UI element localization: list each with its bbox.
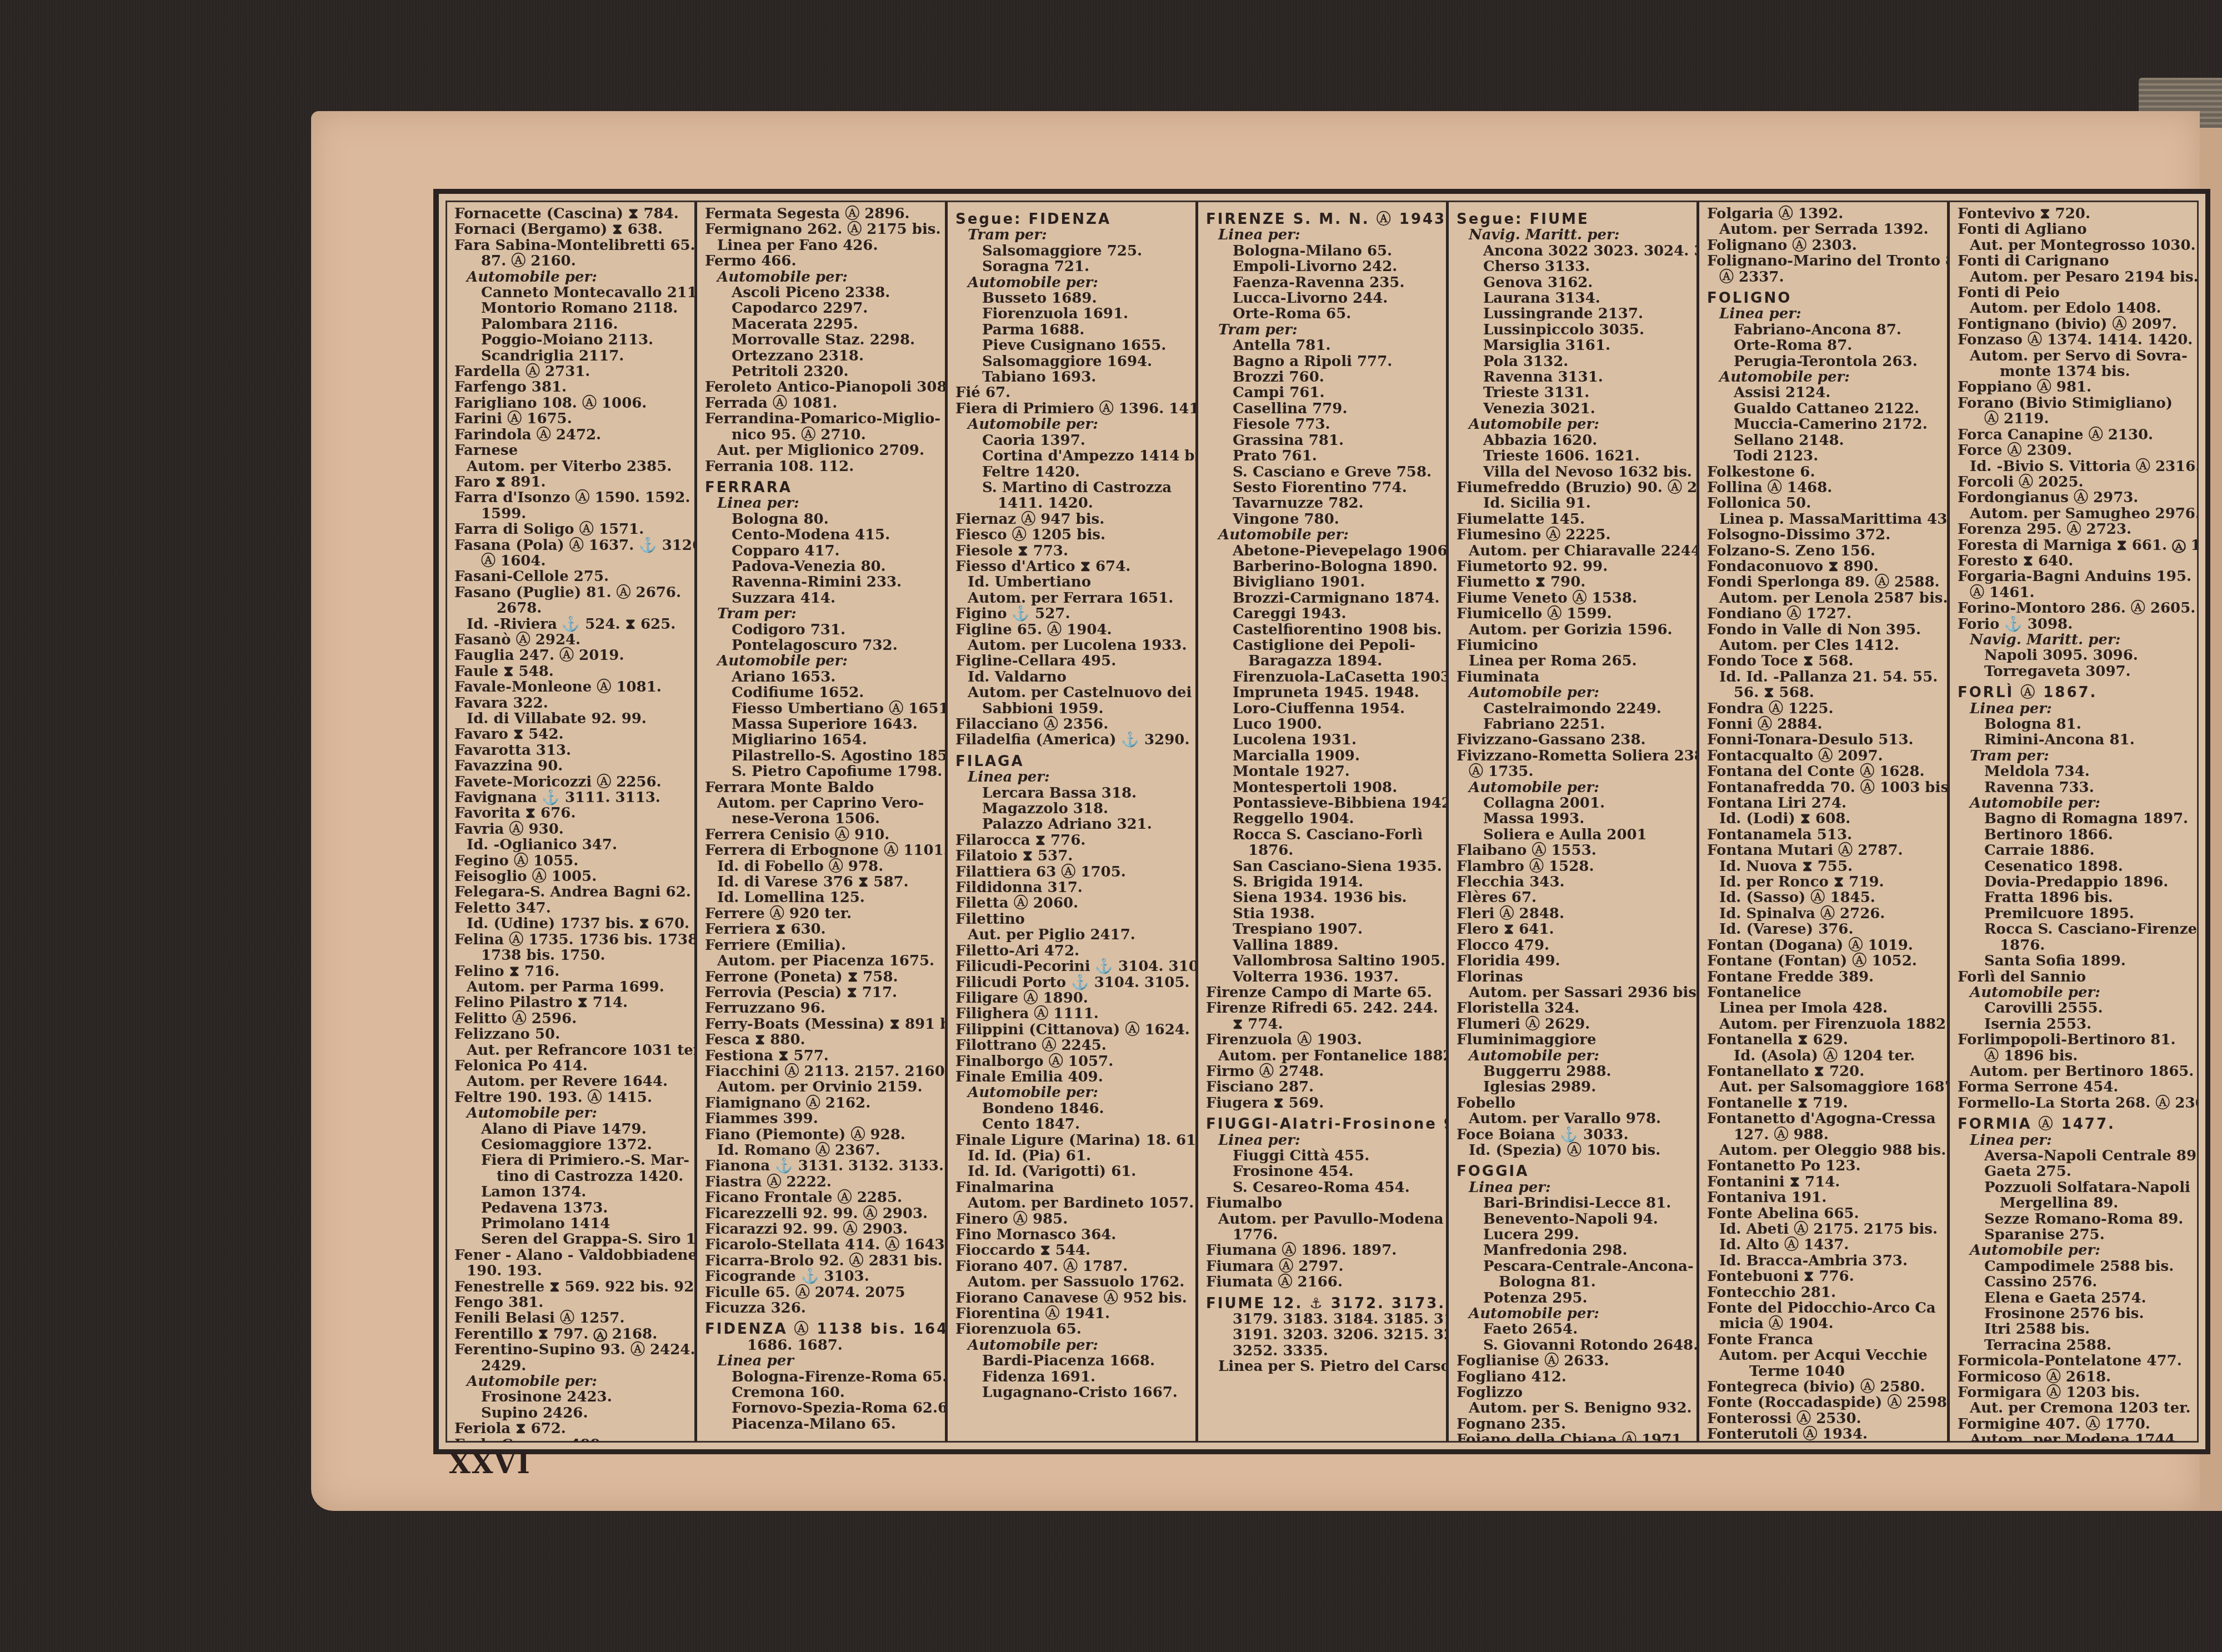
index-entry: Filacciano Ⓐ 2356. xyxy=(955,717,1189,732)
index-entry: Aut. per Montegrosso 1030. xyxy=(1958,238,2191,253)
index-entry: Collagna 2001. xyxy=(1457,795,1690,811)
index-entry: Formello-La Storta 268. Ⓐ 2364 xyxy=(1958,1095,2191,1111)
index-entry: Fonti di Agliano xyxy=(1958,222,2191,237)
index-entry: Petritoli 2320. xyxy=(705,364,938,379)
index-entry: Linea per Roma 265. xyxy=(1457,653,1690,669)
index-entry: Fontebuoni ⧗ 776. xyxy=(1707,1269,1940,1284)
index-entry: Stia 1938. xyxy=(1206,906,1439,922)
index-entry: Automobile per: xyxy=(1206,527,1439,543)
index-entry: Foglianise Ⓐ 2633. xyxy=(1457,1353,1690,1369)
index-entry: Pontelagoscuro 732. xyxy=(705,638,938,653)
index-entry: Campodimele 2588 bis. xyxy=(1958,1259,2191,1274)
index-entry: Autom. per Varallo 978. xyxy=(1457,1111,1690,1127)
index-entry: Id. -Bivio S. Vittoria Ⓐ 2316. xyxy=(1958,459,2191,474)
index-entry: San Casciano-Siena 1935. xyxy=(1206,859,1439,874)
index-entry: Seren del Grappa-S. Siro 1419. xyxy=(454,1232,688,1247)
index-entry: Id. Valdarno xyxy=(955,669,1189,685)
index-entry: Bertinoro 1866. xyxy=(1958,827,2191,843)
index-entry: Favorita ⧗ 676. xyxy=(454,805,688,821)
index-entry: Automobile per: xyxy=(1958,985,2191,1000)
index-entry: Automobile per: xyxy=(705,653,938,669)
section-heading: FOGGIA xyxy=(1457,1164,1690,1179)
index-entry: Fontanelle ⧗ 719. xyxy=(1707,1095,1940,1111)
index-entry: Id. di Villabate 92. 99. xyxy=(454,711,688,727)
index-entry: Orte-Roma 87. xyxy=(1707,338,1940,353)
index-entry: Finero Ⓐ 985. xyxy=(955,1212,1189,1227)
index-entry: Piacenza-Milano 65. xyxy=(705,1416,938,1432)
index-entry: Fondiano Ⓐ 1727. xyxy=(1707,606,1940,622)
index-entry: Fontane (Fontan) Ⓐ 1052. xyxy=(1707,953,1940,969)
index-entry: Castelraimondo 2249. xyxy=(1457,701,1690,717)
index-entry: Filarocca ⧗ 776. xyxy=(955,833,1189,848)
index-entry: Fonte Abelina 665. xyxy=(1707,1206,1940,1222)
index-entry: Ferriera ⧗ 630. xyxy=(705,922,938,937)
index-entry: Autom. per Castelnuovo dei xyxy=(955,685,1189,700)
index-entry: Fesca ⧗ 880. xyxy=(705,1032,938,1048)
index-entry: Muccia-Camerino 2172. xyxy=(1707,417,1940,432)
index-entry: Tram per: xyxy=(1206,322,1439,338)
index-entry: Massa Superiore 1643. xyxy=(705,717,938,732)
index-entry: Autom. per Gorizia 1596. xyxy=(1457,622,1690,638)
index-entry: Fiuggi Città 455. xyxy=(1206,1148,1439,1164)
index-entry: Tavarnuzze 782. xyxy=(1206,495,1439,511)
index-entry: Flumeri Ⓐ 2629. xyxy=(1457,1017,1690,1032)
index-entry: Fianona ⚓ 3131. 3132. 3133. xyxy=(705,1158,938,1174)
index-entry: Fiumalbo xyxy=(1206,1195,1439,1211)
index-entry: Itri 2588 bis. xyxy=(1958,1321,2191,1337)
index-entry: Faro ⧗ 891. xyxy=(454,474,688,490)
index-entry: Fontanini ⧗ 714. xyxy=(1707,1174,1940,1190)
index-entry: Finale Ligure (Marina) 18. 61. xyxy=(955,1133,1189,1148)
index-entry: Felino Pilastro ⧗ 714. xyxy=(454,995,688,1010)
index-entry: Abetone-Pievepelago 1906. xyxy=(1206,543,1439,559)
index-entry: Foresto ⧗ 640. xyxy=(1958,553,2191,569)
index-entry: Id. Spinalva Ⓐ 2726. xyxy=(1707,906,1940,922)
index-entry: Fornacette (Cascina) ⧗ 784. xyxy=(454,206,688,222)
index-entry: Id. Alto Ⓐ 1437. xyxy=(1707,1237,1940,1253)
index-entry: Fontana del Conte Ⓐ 1628. xyxy=(1707,764,1940,779)
index-entry: Fluminimaggiore xyxy=(1457,1032,1690,1048)
index-entry: Rimini-Ancona 81. xyxy=(1958,732,2191,748)
index-entry: Feisoglio Ⓐ 1005. xyxy=(454,869,688,884)
index-entry: Id. Sicilia 91. xyxy=(1457,495,1690,511)
index-entry: Fino Mornasco 364. xyxy=(955,1227,1189,1243)
index-entry: Forca Canapine Ⓐ 2130. xyxy=(1958,427,2191,443)
index-entry: Formigara Ⓐ 1203 bis. xyxy=(1958,1385,2191,1400)
index-entry: Castiglione dei Pepoli- xyxy=(1206,638,1439,653)
index-entry: Sabbioni 1959. xyxy=(955,701,1189,717)
index-entry: Codifiume 1652. xyxy=(705,685,938,700)
index-entry: Felitto Ⓐ 2596. xyxy=(454,1011,688,1027)
index-entry: Autom. per Firenzuola 1882. xyxy=(1707,1017,1940,1032)
index-entry: Padova-Venezia 80. xyxy=(705,559,938,574)
index-entry: Filettino xyxy=(955,912,1189,927)
index-entry: Brozzi 760. xyxy=(1206,369,1439,385)
index-entry: Soliera e Aulla 2001 xyxy=(1457,827,1690,843)
index-entry: Foppiano Ⓐ 981. xyxy=(1958,379,2191,395)
section-heading: FILAGA xyxy=(955,754,1189,769)
index-entry: Brozzi-Carmignano 1874. xyxy=(1206,590,1439,606)
index-entry: Barberino-Bologna 1890. xyxy=(1206,559,1439,574)
index-entry: Automobile per: xyxy=(955,1338,1189,1353)
index-entry: Volterra 1936. 1937. xyxy=(1206,969,1439,985)
index-entry: Fonterossi Ⓐ 2530. xyxy=(1707,1411,1940,1426)
index-entry: Torregaveta 3097. xyxy=(1958,664,2191,679)
index-entry: Ferentino-Supino 93. Ⓐ 2424. xyxy=(454,1342,688,1358)
index-entry: Id. -Oglianico 347. xyxy=(454,837,688,853)
index-entry: Id. Id. (Varigotti) 61. xyxy=(955,1164,1189,1179)
index-entry: Fiume Veneto Ⓐ 1538. xyxy=(1457,590,1690,606)
index-entry: Fontaniva 191. xyxy=(1707,1190,1940,1205)
index-entry: Automobile per: xyxy=(1958,795,2191,811)
index-entry: Terme 1040 xyxy=(1707,1364,1940,1379)
index-entry: Fiugera ⧗ 569. xyxy=(1206,1095,1439,1111)
index-entry: 190. 193. xyxy=(454,1263,688,1279)
index-entry: Loro-Ciuffenna 1954. xyxy=(1206,701,1439,717)
index-entry: Fontanella ⧗ 629. xyxy=(1707,1032,1940,1048)
index-entry: 1411. 1420. xyxy=(955,495,1189,511)
index-entry: S. Cesareo-Roma 454. xyxy=(1206,1180,1439,1195)
index-entry: Fondaconuovo ⧗ 890. xyxy=(1707,559,1940,574)
index-entry: Forino-Montoro 286. Ⓐ 2605. xyxy=(1958,600,2191,616)
index-entry: Fobello xyxy=(1457,1095,1690,1111)
index-entry: Farnese xyxy=(454,443,688,458)
index-entry: Flaibano Ⓐ 1553. xyxy=(1457,843,1690,858)
index-entry: Favignana ⚓ 3111. 3113. xyxy=(454,790,688,805)
index-entry: Scandriglia 2117. xyxy=(454,348,688,364)
index-entry: Venezia 3021. xyxy=(1457,401,1690,417)
index-entry: Fonte (Roccadaspide) Ⓐ 2598. xyxy=(1707,1395,1940,1410)
index-entry: Pontassieve-Bibbiena 1942. xyxy=(1206,795,1439,811)
index-entry: Fiumefreddo (Bruzio) 90. Ⓐ 2853. xyxy=(1457,480,1690,495)
index-entry: Forenza 295. Ⓐ 2723. xyxy=(1958,522,2191,537)
index-entry: Bologna-Milano 65. xyxy=(1206,243,1439,259)
index-entry: Ferrara Monte Baldo xyxy=(705,780,938,795)
section-heading: FOLIGNO xyxy=(1707,291,1940,306)
index-entry: Linea per S. Pietro del Carso 76 xyxy=(1206,1359,1439,1374)
index-entry: Ferruzzano 96. xyxy=(705,1000,938,1016)
index-entry: Farra di Soligo Ⓐ 1571. xyxy=(454,522,688,537)
index-entry: Marsiglia 3161. xyxy=(1457,338,1690,353)
index-entry: Filigare Ⓐ 1890. xyxy=(955,990,1189,1006)
index-entry: Fiumicino xyxy=(1457,638,1690,653)
index-entry: Ferrania 108. 112. xyxy=(705,459,938,474)
index-entry: Favale-Monleone Ⓐ 1081. xyxy=(454,679,688,695)
page-number: XXVI xyxy=(449,1447,531,1480)
index-entry: Linea per: xyxy=(1206,227,1439,243)
index-entry: Lucolena 1931. xyxy=(1206,732,1439,748)
index-entry: Fermata Segesta Ⓐ 2896. xyxy=(705,206,938,222)
index-entry: Automobile per: xyxy=(1457,1048,1690,1064)
index-entry: Favaro ⧗ 542. xyxy=(454,727,688,742)
index-entry: Fiastra Ⓐ 2222. xyxy=(705,1174,938,1190)
index-entry: Sezze Romano-Roma 89. xyxy=(1958,1212,2191,1227)
index-entry: Elena e Gaeta 2574. xyxy=(1958,1290,2191,1306)
index-entry: Marcialla 1909. xyxy=(1206,748,1439,764)
index-entry: S. Pietro Capofiume 1798. xyxy=(705,764,938,779)
index-entry: Fonni-Tonara-Desulo 513. xyxy=(1707,732,1940,748)
index-entry: Fasani-Cellole 275. xyxy=(454,569,688,584)
index-entry: Fiesso d'Artico ⧗ 674. xyxy=(955,559,1189,574)
index-entry: Autom. per Orvinio 2159. xyxy=(705,1079,938,1095)
index-entry: Fonti di Carignano xyxy=(1958,253,2191,269)
index-entry: Fonte del Pidocchio-Arco Ca xyxy=(1707,1300,1940,1316)
index-entry: Trieste 1606. 1621. xyxy=(1457,448,1690,464)
index-entry: Mergellina 89. xyxy=(1958,1195,2191,1211)
index-table-frame: Fornacette (Cascina) ⧗ 784.Fornaci (Berg… xyxy=(433,189,2210,1454)
index-entry: Firenze Campo di Marte 65. xyxy=(1206,985,1439,1000)
index-entry: Fermignano 262. Ⓐ 2175 bis. xyxy=(705,222,938,237)
index-entry: Fener - Alano - Valdobbiadene xyxy=(454,1248,688,1263)
index-entry: ⧗ 774. xyxy=(1206,1017,1439,1032)
index-entry: 1776. xyxy=(1206,1227,1439,1243)
index-entry: Lucera 299. xyxy=(1457,1227,1690,1243)
index-entry: Ferrere Ⓐ 920 ter. xyxy=(705,906,938,922)
index-entry: Fiuminata xyxy=(1457,669,1690,685)
index-entry: Aut. per Cremona 1203 ter. xyxy=(1958,1400,2191,1416)
index-entry: Isernia 2553. xyxy=(1958,1017,2191,1032)
index-entry: Iglesias 2989. xyxy=(1457,1079,1690,1095)
index-entry: Fontacqualto Ⓐ 2097. xyxy=(1707,748,1940,764)
index-entry: Fiumara Ⓐ 2797. xyxy=(1206,1259,1439,1274)
index-entry: Forma Serrone 454. xyxy=(1958,1079,2191,1095)
index-entry: Ferrone (Poneta) ⧗ 758. xyxy=(705,969,938,985)
index-entry: Fioccardo ⧗ 544. xyxy=(955,1243,1189,1258)
index-entry: Orte-Roma 65. xyxy=(1206,306,1439,322)
index-entry: 56. ⧗ 568. xyxy=(1707,685,1940,700)
index-entry: Rocca S. Casciano-Firenze xyxy=(1958,922,2191,937)
index-entry: 1599. xyxy=(454,506,688,522)
index-entry: Aut. per Miglionico 2709. xyxy=(705,443,938,458)
index-entry: Luco 1900. xyxy=(1206,717,1439,732)
index-entry: Floridia 499. xyxy=(1457,953,1690,969)
index-entry: Ferrera Cenisio Ⓐ 910. xyxy=(705,827,938,843)
index-entry: Id. (Sasso) Ⓐ 1845. xyxy=(1707,890,1940,905)
index-entry: Faenza-Ravenna 235. xyxy=(1206,275,1439,291)
index-entry: Ferriere (Emilia). xyxy=(705,938,938,953)
index-entry: Id. (Varese) 376. xyxy=(1707,922,1940,937)
index-entry: Massa 1993. xyxy=(1457,811,1690,827)
index-entry: Fondra Ⓐ 1225. xyxy=(1707,701,1940,717)
index-entry: Id. -Riviera ⚓ 524. ⧗ 625. xyxy=(454,617,688,632)
index-entry: Fiesole 773. xyxy=(1206,417,1439,432)
index-entry: Pozzuoli Solfatara-Napoli xyxy=(1958,1180,2191,1195)
index-entry: Salsomaggiore 1694. xyxy=(955,354,1189,369)
index-entry: Autom. per Servo di Sovra- xyxy=(1958,348,2191,364)
index-entry: Ficano Frontale Ⓐ 2285. xyxy=(705,1190,938,1205)
index-columns: Fornacette (Cascina) ⧗ 784.Fornaci (Berg… xyxy=(447,202,2198,1441)
index-entry: Florinas xyxy=(1457,969,1690,985)
index-entry: Fiorentina Ⓐ 1941. xyxy=(955,1306,1189,1321)
index-entry: Foce Boiana ⚓ 3033. xyxy=(1457,1127,1690,1143)
index-entry: Bari-Brindisi-Lecce 81. xyxy=(1457,1195,1690,1211)
index-entry: Santa Sofia 1899. xyxy=(1958,953,2191,969)
index-entry: Manfredonia 298. xyxy=(1457,1243,1690,1258)
index-entry: Fontana Mutari Ⓐ 2787. xyxy=(1707,843,1940,858)
index-entry: Pola 3132. xyxy=(1457,354,1690,369)
index-entry: Villa del Nevoso 1632 bis. xyxy=(1457,464,1690,480)
index-entry: Fegino Ⓐ 1055. xyxy=(454,853,688,869)
index-entry: Farfengo 381. xyxy=(454,379,688,395)
index-entry: Flero ⧗ 641. xyxy=(1457,922,1690,937)
index-entry: Fauglia 247. Ⓐ 2019. xyxy=(454,648,688,663)
index-entry: Frosinone 454. xyxy=(1206,1164,1439,1179)
index-entry: Fratta 1896 bis. xyxy=(1958,890,2191,905)
index-entry: Autom. per Sassari 2936 bis. xyxy=(1457,985,1690,1000)
index-entry: Reggello 1904. xyxy=(1206,811,1439,827)
index-entry: Filottrano Ⓐ 2245. xyxy=(955,1038,1189,1053)
index-entry: Linea per Fano 426. xyxy=(705,238,938,253)
index-entry: Autom. per Pesaro 2194 bis. xyxy=(1958,269,2191,285)
index-entry: Id. per Ronco ⧗ 719. xyxy=(1707,874,1940,890)
index-entry: Trespiano 1907. xyxy=(1206,922,1439,937)
index-entry: Id. di Varese 376 ⧗ 587. xyxy=(705,874,938,890)
index-entry: Cento-Modena 415. xyxy=(705,527,938,543)
index-entry: Filadelfia (America) ⚓ 3290. xyxy=(955,732,1189,748)
index-entry: Feroleto Antico-Pianopoli 308. xyxy=(705,379,938,395)
index-entry: Felina Ⓐ 1735. 1736 bis. 1738. xyxy=(454,932,688,948)
index-entry: Folignano Ⓐ 2303. xyxy=(1707,238,1940,253)
index-entry: Id. Bracca-Ambria 373. xyxy=(1707,1253,1940,1269)
index-entry: Firmo Ⓐ 2748. xyxy=(1206,1064,1439,1079)
index-entry: Automobile per: xyxy=(454,1105,688,1121)
index-entry: Feletto 347. xyxy=(454,900,688,916)
index-entry: Firenzuola Ⓐ 1903. xyxy=(1206,1032,1439,1048)
index-entry: Firenzuola-LaCasetta 1903 xyxy=(1206,669,1439,685)
index-entry: 1686. 1687. xyxy=(705,1338,938,1353)
index-entry: Fasanò Ⓐ 2924. xyxy=(454,632,688,648)
index-entry: Force Ⓐ 2309. xyxy=(1958,443,2191,458)
index-entry: Filippini (Cittanova) Ⓐ 1624. xyxy=(955,1022,1189,1038)
index-entry: Autom. per Acqui Vecchie xyxy=(1707,1348,1940,1363)
index-entry: Id. (Udine) 1737 bis. ⧗ 670. xyxy=(454,916,688,932)
index-column-6: Folgaria Ⓐ 1392.Autom. per Serrada 1392.… xyxy=(1699,202,1950,1441)
index-entry: Forlimpopoli-Bertinoro 81. xyxy=(1958,1032,2191,1048)
index-entry: Alano di Piave 1479. xyxy=(454,1122,688,1137)
index-entry: Filighera Ⓐ 1111. xyxy=(955,1006,1189,1022)
index-entry: Fiammes 399. xyxy=(705,1111,938,1127)
index-entry: Ⓐ 1604. xyxy=(454,553,688,569)
index-entry: Ⓐ 2337. xyxy=(1707,269,1940,285)
index-entry: Tram per: xyxy=(705,606,938,622)
section-heading: Segue: FIUME xyxy=(1457,212,1690,227)
index-entry: Fornovo-Spezia-Roma 62.63 xyxy=(705,1400,938,1416)
index-entry: Grassina 781. xyxy=(1206,433,1439,448)
index-entry: Dovia-Predappio 1896. xyxy=(1958,874,2191,890)
index-entry: Magazzolo 318. xyxy=(955,801,1189,817)
index-entry: Terracina 2588. xyxy=(1958,1338,2191,1353)
index-entry: Linea per: xyxy=(1457,1180,1690,1195)
index-entry: Felino ⧗ 716. xyxy=(454,964,688,979)
index-entry: Autom. per Oleggio 988 bis. xyxy=(1707,1143,1940,1158)
index-entry: Autom. per Ferrara 1651. xyxy=(955,590,1189,606)
index-entry: nico 95. Ⓐ 2710. xyxy=(705,427,938,443)
index-entry: Filetta Ⓐ 2060. xyxy=(955,895,1189,911)
index-entry: Fivizzano-Rometta Soliera 238. xyxy=(1457,748,1690,764)
index-entry: Finalborgo Ⓐ 1057. xyxy=(955,1054,1189,1069)
index-entry: Carovilli 2555. xyxy=(1958,1000,2191,1016)
index-entry: Filicudi-Pecorini ⚓ 3104. 3105. xyxy=(955,959,1189,974)
index-entry: Forlì del Sannio xyxy=(1958,969,2191,985)
index-entry: Favarotta 313. xyxy=(454,743,688,758)
index-entry: Aut. per Piglio 2417. xyxy=(955,927,1189,943)
index-entry: Fardella Ⓐ 2731. xyxy=(454,364,688,379)
index-entry: Vingone 780. xyxy=(1206,512,1439,527)
index-entry: Autom. per Fontanelice 1882 xyxy=(1206,1048,1439,1064)
index-entry: Fontana Liri 274. xyxy=(1707,795,1940,811)
index-entry: Automobile per: xyxy=(1457,417,1690,432)
index-entry: Tabiano 1693. xyxy=(955,369,1189,385)
index-entry: Fondi Sperlonga 89. Ⓐ 2588. xyxy=(1707,574,1940,590)
index-entry: Figino ⚓ 527. xyxy=(955,606,1189,622)
index-entry: Lugagnano-Cristo 1667. xyxy=(955,1385,1189,1400)
index-entry: Fidenza 1691. xyxy=(955,1369,1189,1385)
index-entry: Autom. per Samugheo 2976. xyxy=(1958,506,2191,522)
index-entry: Fiacchini Ⓐ 2113. 2157. 2160. xyxy=(705,1064,938,1079)
index-entry: Bologna 81. xyxy=(1457,1274,1690,1290)
index-entry: Antella 781. xyxy=(1206,338,1439,353)
index-entry: Automobile per: xyxy=(1457,685,1690,700)
index-entry: 1876. xyxy=(1206,843,1439,858)
index-entry: Fiesco Ⓐ 1205 bis. xyxy=(955,527,1189,543)
index-entry: Ortezzano 2318. xyxy=(705,348,938,364)
index-entry: Farigliano 108. Ⓐ 1006. xyxy=(454,396,688,411)
index-entry: Premilcuore 1895. xyxy=(1958,906,2191,922)
index-entry: Linea per: xyxy=(1958,1133,2191,1148)
index-entry: Siena 1934. 1936 bis. xyxy=(1206,890,1439,905)
index-entry: Caoria 1397. xyxy=(955,433,1189,448)
index-entry: Autom. per Lucolena 1933. xyxy=(955,638,1189,653)
index-entry: Filattiera 63 Ⓐ 1705. xyxy=(955,864,1189,880)
index-entry: Bagno a Ripoli 777. xyxy=(1206,354,1439,369)
index-entry: Ficuzza 326. xyxy=(705,1300,938,1316)
index-entry: Foiano della Chiana Ⓐ 1971. xyxy=(1457,1432,1690,1441)
index-entry: Linea per xyxy=(705,1353,938,1369)
index-entry: Faeto 2654. xyxy=(1457,1321,1690,1337)
index-entry: Tram per: xyxy=(955,227,1189,243)
index-entry: 3191. 3203. 3206. 3215. 3218. xyxy=(1206,1327,1439,1343)
index-entry: Id. Umbertiano xyxy=(955,574,1189,590)
index-entry: Favara 322. xyxy=(454,695,688,711)
index-entry: Fondo in Valle di Non 395. xyxy=(1707,622,1940,638)
index-entry: Fogliano 412. xyxy=(1457,1369,1690,1385)
index-entry: Canneto Montecavallo 2111 xyxy=(454,285,688,301)
index-entry: Buggerru 2988. xyxy=(1457,1064,1690,1079)
index-entry: 3252. 3335. xyxy=(1206,1343,1439,1359)
index-entry: Autom. per Parma 1699. xyxy=(454,979,688,995)
index-entry: Campi 761. xyxy=(1206,385,1439,401)
index-entry: Bardi-Piacenza 1668. xyxy=(955,1353,1189,1369)
index-entry: Aut. per Refrancore 1031 ter. xyxy=(454,1043,688,1058)
index-entry: Linea per: xyxy=(955,769,1189,785)
index-entry: Pedavena 1373. xyxy=(454,1200,688,1216)
index-entry: Ravenna 733. xyxy=(1958,780,2191,795)
index-entry: Forgaria-Bagni Anduins 195. xyxy=(1958,569,2191,584)
index-entry: Cherso 3133. xyxy=(1457,259,1690,274)
index-entry: Feltre 1420. xyxy=(955,464,1189,480)
index-entry: Autom. per Edolo 1408. xyxy=(1958,301,2191,316)
index-entry: Fognano 235. xyxy=(1457,1416,1690,1432)
index-entry: Ⓐ 1461. xyxy=(1958,585,2191,600)
index-entry: Folgaria Ⓐ 1392. xyxy=(1707,206,1940,222)
index-entry: Felizzano 50. xyxy=(454,1027,688,1042)
index-entry: monte 1374 bis. xyxy=(1958,364,2191,379)
index-entry: Pilastrello-S. Agostino 1851. xyxy=(705,748,938,764)
index-entry: Migliarino 1654. xyxy=(705,732,938,748)
index-entry: Felegara-S. Andrea Bagni 62. xyxy=(454,884,688,900)
index-entry: Montespertoli 1908. xyxy=(1206,780,1439,795)
index-entry: Pescara-Centrale-Ancona- xyxy=(1457,1259,1690,1274)
